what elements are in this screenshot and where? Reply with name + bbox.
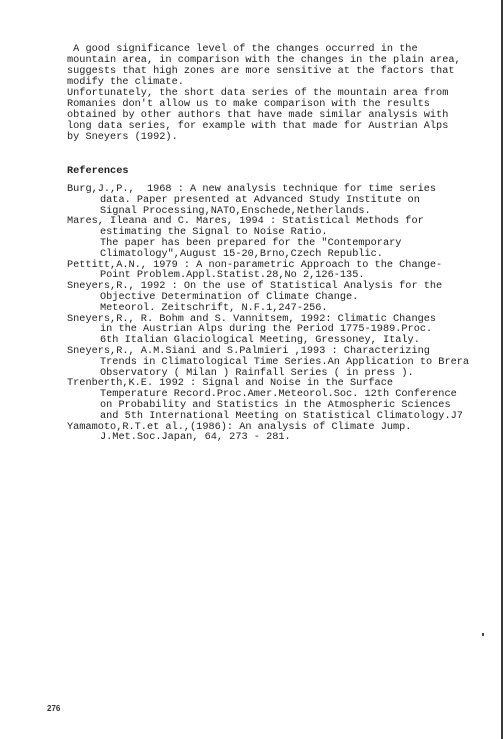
reference-continuation-line: Trends in Climatological Time Series.An …	[67, 357, 477, 368]
reference-continuation-line: Meteorol. Zeitschrift, N.F.1,247-256.	[67, 303, 477, 314]
reference-continuation-line: Climatology",August 15-20,Brno,Czech Rep…	[67, 249, 477, 260]
reference-entry: Sneyers,R., 1992 : On the use of Statist…	[67, 281, 477, 313]
reference-entry: Burg,J.,P., 1968 : A new analysis techni…	[67, 184, 477, 216]
references-list: Burg,J.,P., 1968 : A new analysis techni…	[67, 184, 477, 443]
reference-continuation-line: J.Met.Soc.Japan, 64, 273 - 281.	[67, 432, 477, 443]
reference-continuation-line: data. Paper presented at Advanced Study …	[67, 195, 477, 206]
reference-entry: Sneyers,R., R. Bohm and S. Vannitsem, 19…	[67, 314, 477, 346]
conclusion-paragraph: A good significance level of the changes…	[67, 44, 471, 143]
reference-entry: Yamamoto,R.T.et al.,(1986): An analysis …	[67, 422, 477, 444]
document-page: A good significance level of the changes…	[0, 0, 504, 739]
reference-entry: Pettitt,A.N., 1979 : A non-parametric Ap…	[67, 260, 477, 282]
scan-speck	[482, 633, 484, 636]
page-number: 276	[47, 704, 60, 713]
reference-entry: Sneyers,R., A.M.Siani and S.Palmieri ,19…	[67, 346, 477, 378]
reference-continuation-line: and 5th International Meeting on Statist…	[67, 411, 477, 422]
page-edge-border	[501, 0, 503, 739]
reference-entry: Mares, Ileana and C. Mares, 1994 : Stati…	[67, 216, 477, 259]
references-heading: References	[67, 166, 129, 177]
reference-entry: Trenberth,K.E. 1992 : Signal and Noise i…	[67, 378, 477, 421]
